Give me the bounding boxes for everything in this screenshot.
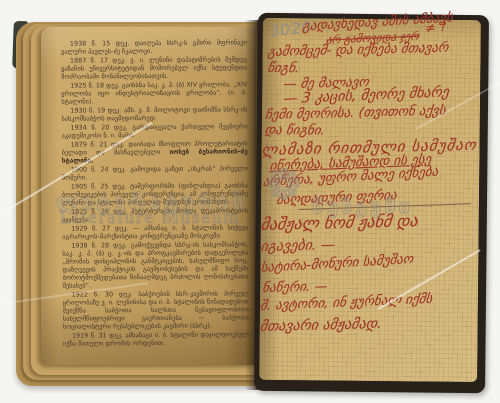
handwritten-line: მაშჟალ ნომ ჟანმ და xyxy=(260,211,419,234)
left-printed-page: 1938 წ. 15 დეკ. დაიღუპა სსრკ-ს გმირი მფრ… xyxy=(41,27,256,365)
calendar-entry: 1934 წ. 20 დეკ. გარდაიცვალა ქართველი მეც… xyxy=(61,122,247,139)
printed-calendar-text: 1938 წ. 15 დეკ. დაიღუპა სსრკ-ს გმირი მფრ… xyxy=(61,38,249,357)
calendar-entry: 1930 წ. 19 დეკ. ამხ. ვ. მ. მოლოტოვი დაინ… xyxy=(61,105,247,122)
calendar-entry: 1887 წ. 17 დეკ. ვ. ი. ლენინი დაპატიმრები… xyxy=(61,55,247,80)
calendar-entry: 1905 წ. 25 დეკ. ტამერფორსში (ფინლანდია) … xyxy=(62,181,248,206)
handwritten-line: და წიგნი. xyxy=(264,123,326,139)
calendar-entry: 1929 წ. 27 დეკ. — ამხანაგ ი. ბ. სტალინის… xyxy=(62,223,248,240)
calendar-entry: 1922 წ. 30 დეკ. საბჭოების სსრ-კავშირის პ… xyxy=(63,289,249,330)
right-graph-paper-page: 3020 ≠ ? გადავხედავ ამის ამბავსარ გამოვი… xyxy=(259,18,481,382)
handwritten-line: ნაწერი. — xyxy=(261,279,328,296)
notebook-cover: 3020 ≠ ? გადავხედავ ამის ამბავსარ გამოვი… xyxy=(254,13,489,393)
handwritten-line: ბაღდადური ფერია xyxy=(276,188,398,208)
calendar-entry: 1938 წ. 28 დეკ. გამოქვეყნდა სსრკ-ის სახკ… xyxy=(62,240,248,289)
calendar-entry: 1825 წ. 26 დეკ. პეტერბურგში მოხდა დეკაბრ… xyxy=(62,206,248,223)
handwritten-line: გამომცემ- და იქნება მთავარ xyxy=(267,41,449,60)
handwritten-notes: გადავხედავ ამის ამბავსარ გამოვიდა ჯერგამ… xyxy=(259,18,481,382)
handwritten-line: ჩემი მეორისა. (თვითონ აქვს xyxy=(264,103,446,122)
handwritten-line: წიგნ. xyxy=(266,61,300,76)
calendar-entry: 1919 წ. 31 დეკ. ამხანაგი ი. ბ. სტალინი დ… xyxy=(63,330,249,347)
open-book-photo: 1938 წ. 15 დეკ. დაიღუპა სსრკ-ს გმირი მფრ… xyxy=(0,0,500,403)
handwritten-line: სატირა-მონური სამუშაო xyxy=(260,252,414,276)
handwritten-line: მთავარი ამჟამად. xyxy=(259,316,383,335)
calendar-entry: 1900 წ. 24 დეკ. გამოვიდა გაზეთ „ისკრას“ … xyxy=(62,164,248,181)
handwritten-line: იგავები. — xyxy=(260,237,336,255)
calendar-entry: 1925 წ. 18 დეკ. გაიხსნა საკ. კ. პ. (ბ) X… xyxy=(61,80,247,105)
calendar-entry: 1938 წ. 15 დეკ. დაიღუპა სსრკ-ს გმირი მფრ… xyxy=(61,38,247,55)
calendar-entry: 1879 წ. 21 დეკ. დაიბადა მსოფლიო პროლეტარ… xyxy=(62,139,248,164)
